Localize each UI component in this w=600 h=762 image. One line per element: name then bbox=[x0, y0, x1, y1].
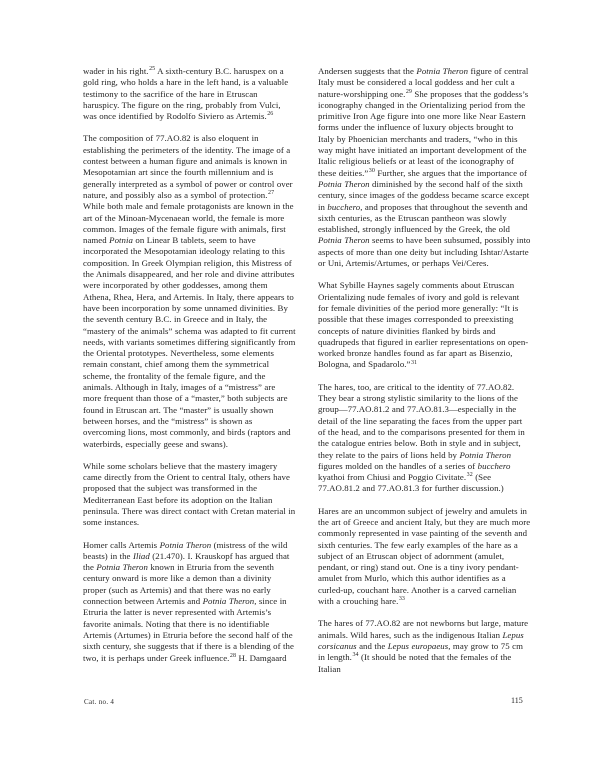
text-run: The composition of 77.AO.82 is also eloq… bbox=[83, 133, 293, 199]
text-run: Hares are an uncommon subject of jewelry… bbox=[318, 506, 530, 606]
text-run: Potnia Theron bbox=[160, 540, 212, 550]
footnote-ref: 31 bbox=[411, 360, 417, 366]
text-run: Potnia Theron bbox=[416, 66, 468, 76]
paragraph: While some scholars believe that the mas… bbox=[83, 461, 296, 529]
text-run: The hares of 77.AO.82 are not newborns b… bbox=[318, 618, 528, 639]
footnote-ref: 26 bbox=[267, 111, 273, 117]
paragraph: Andersen suggests that the Potnia Theron… bbox=[318, 66, 531, 269]
text-run: Andersen suggests that the bbox=[318, 66, 416, 76]
paragraph: wader in his right.25 A sixth-century B.… bbox=[83, 66, 296, 122]
paragraph: The hares, too, are critical to the iden… bbox=[318, 382, 531, 495]
text-run: She proposes that the goddess’s iconogra… bbox=[318, 89, 528, 178]
text-run: Potnia Theron bbox=[203, 596, 255, 606]
text-run: and the bbox=[357, 641, 388, 651]
text-run: What Sybille Haynes sagely comments abou… bbox=[318, 280, 528, 369]
text-run: Potnia Theron bbox=[318, 235, 370, 245]
text-run: wader in his right. bbox=[83, 66, 149, 76]
document-page: wader in his right.25 A sixth-century B.… bbox=[0, 0, 600, 762]
text-run: Iliad bbox=[133, 551, 150, 561]
footer-catalog-label: Cat. no. 4 bbox=[84, 698, 114, 706]
paragraph: The composition of 77.AO.82 is also eloq… bbox=[83, 133, 296, 449]
text-run: bucchero bbox=[327, 202, 360, 212]
text-run: The hares, too, are critical to the iden… bbox=[318, 382, 525, 460]
text-columns: wader in his right.25 A sixth-century B.… bbox=[83, 66, 531, 686]
text-run: Potnia Theron bbox=[318, 179, 370, 189]
text-run: on Linear B tablets, seem to have incorp… bbox=[83, 235, 296, 448]
text-run: While some scholars believe that the mas… bbox=[83, 461, 295, 527]
text-run: Lepus europaeus bbox=[388, 641, 449, 651]
text-run: Potnia Theron bbox=[459, 450, 511, 460]
footnote-ref: 33 bbox=[399, 596, 405, 602]
paragraph: Hares are an uncommon subject of jewelry… bbox=[318, 506, 531, 608]
paragraph: The hares of 77.AO.82 are not newborns b… bbox=[318, 618, 531, 674]
text-run: kyathoi from Chiusi and Poggio Civitate. bbox=[318, 472, 466, 482]
text-run: Further, she argues that the importance … bbox=[375, 168, 527, 178]
paragraph: Homer calls Artemis Potnia Theron (mistr… bbox=[83, 540, 296, 664]
text-run: Homer calls Artemis bbox=[83, 540, 160, 550]
text-run: Potnia Theron bbox=[96, 562, 148, 572]
footnote-ref: 27 bbox=[268, 190, 274, 196]
page-number: 115 bbox=[511, 696, 523, 705]
text-column-right: Andersen suggests that the Potnia Theron… bbox=[318, 66, 531, 686]
text-column-left: wader in his right.25 A sixth-century B.… bbox=[83, 66, 296, 686]
text-run: bucchero bbox=[478, 461, 511, 471]
text-run: H. Damgaard bbox=[236, 653, 287, 663]
text-run: Potnia bbox=[109, 235, 133, 245]
text-run: figures molded on the handles of a serie… bbox=[318, 461, 478, 471]
paragraph: What Sybille Haynes sagely comments abou… bbox=[318, 280, 531, 370]
